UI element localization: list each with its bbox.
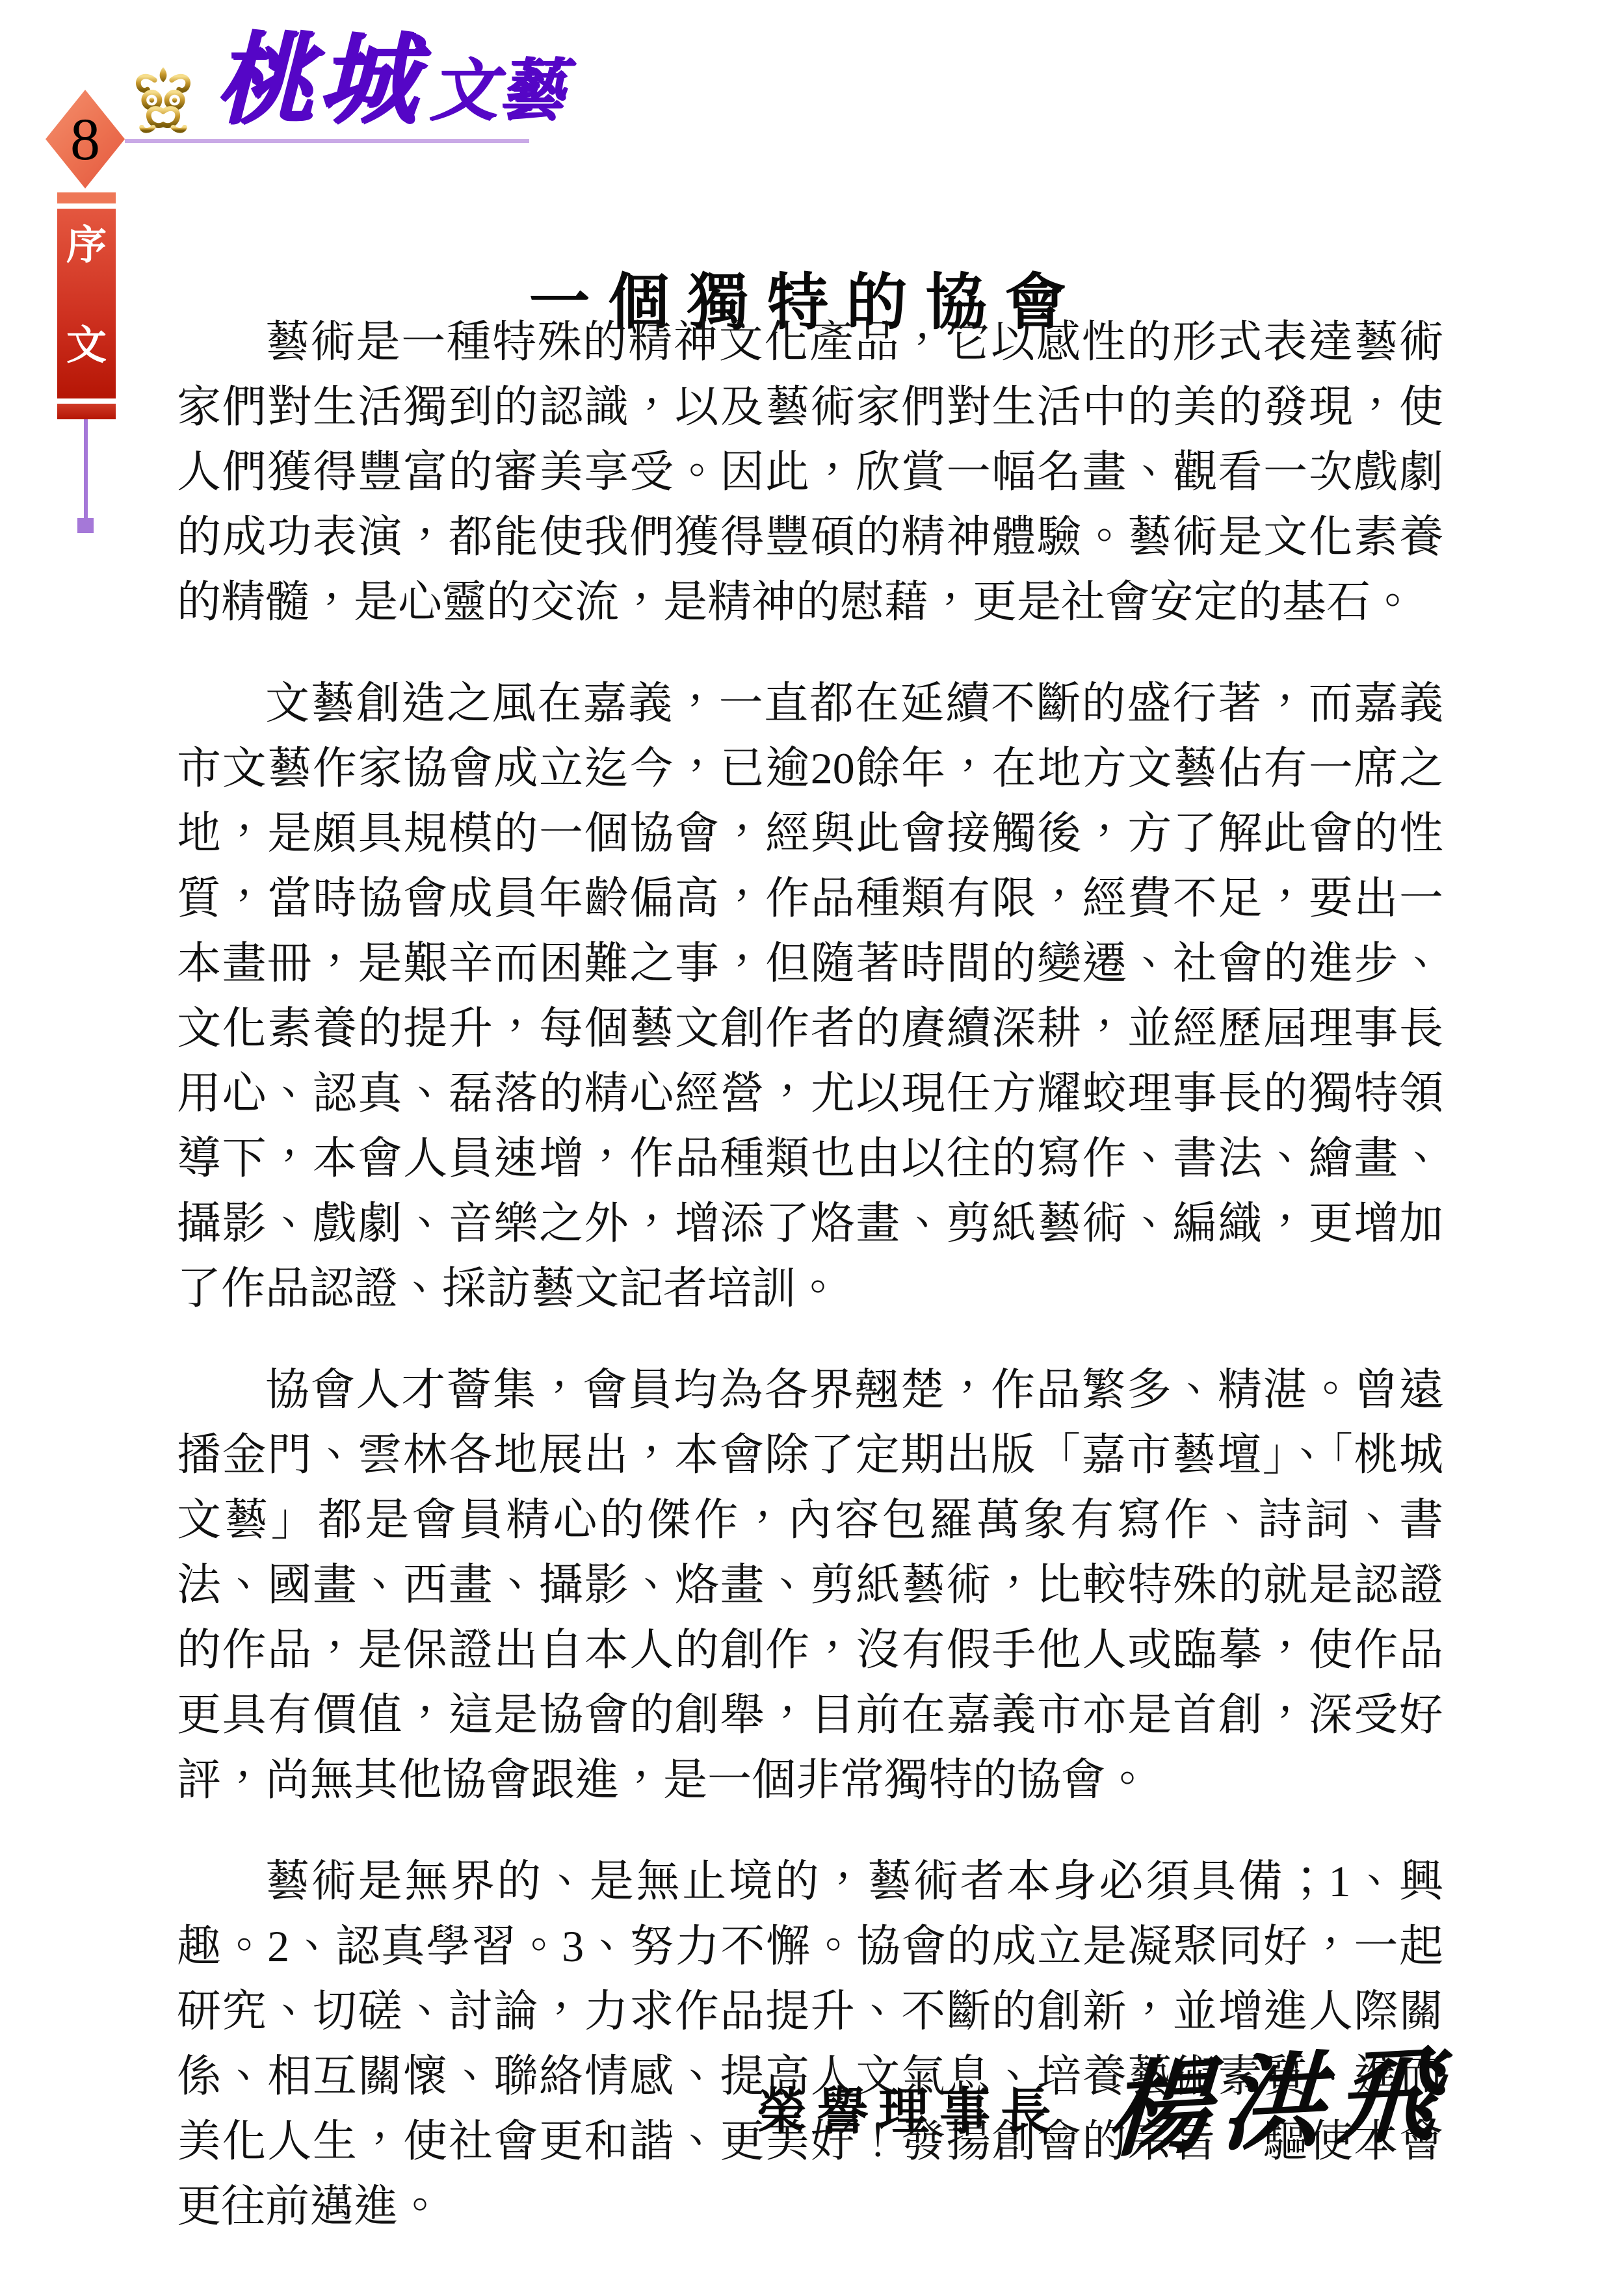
banner-hang-square (77, 518, 94, 533)
brand-calligraphy-main: 桃城 (215, 31, 420, 130)
signature-role: 榮譽理事長 (756, 2045, 1062, 2144)
magazine-brand: 桃城 文藝 (215, 31, 564, 130)
article-paragraph-1: 藝術是一種特殊的精神文化產品，它以感性的形式表達藝術家們對生活獨到的認識，以及藝… (177, 309, 1443, 634)
scanned-magazine-page: { "page": { "number": "8" }, "sidebar": … (0, 0, 1613, 2296)
brand-underline (125, 139, 529, 143)
article-body: 藝術是一種特殊的精神文化產品，它以感性的形式表達藝術家們對生活獨到的認識，以及藝… (177, 309, 1443, 2275)
page-number: 8 (70, 109, 100, 169)
gold-crest-icon (127, 64, 199, 137)
section-label-char-1: 序 (66, 226, 107, 266)
signature-handwriting: 楊洪飛 (1103, 2011, 1454, 2178)
page-number-diamond: 8 (46, 90, 125, 189)
banner-hang-line (84, 419, 88, 518)
banner-cap-top (57, 192, 116, 203)
brand-calligraphy-sub: 文藝 (429, 58, 564, 125)
article-paragraph-3: 協會人才薈集，會員均為各界翹楚，作品繁多、精湛。曾遠播金門、雲林各地展出，本會除… (177, 1357, 1443, 1812)
signature-block: 榮譽理事長 楊洪飛 (756, 2020, 1450, 2168)
article-paragraph-2: 文藝創造之風在嘉義，一直都在延續不斷的盛行著，而嘉義市文藝作家協會成立迄今，已逾… (177, 671, 1443, 1321)
banner-cap-bottom (57, 404, 116, 419)
